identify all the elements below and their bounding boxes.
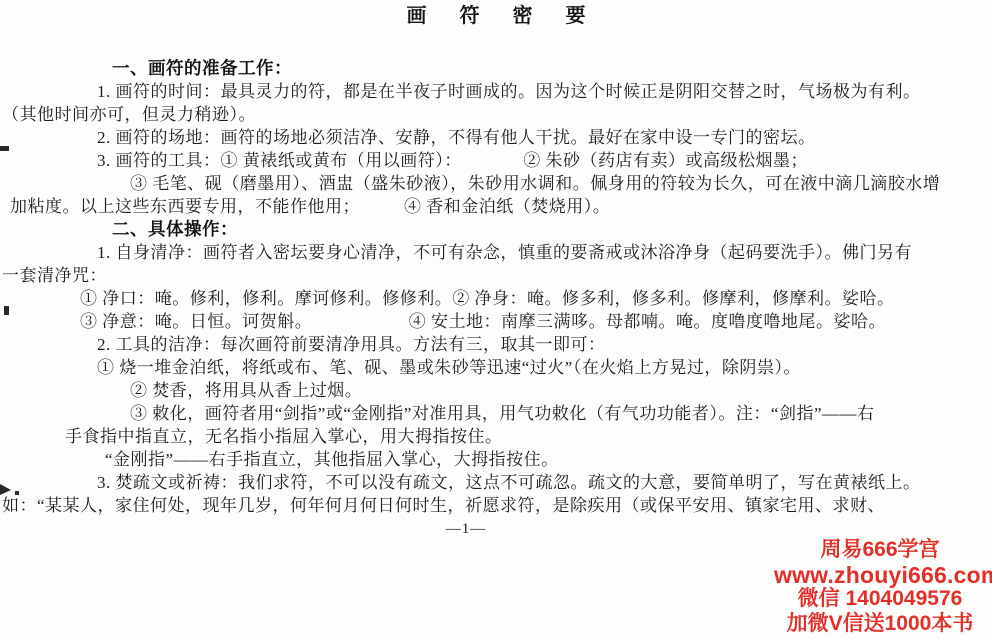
- text-line: ② 焚香，将用具从香上过烟。: [0, 379, 992, 402]
- scan-artifact: [15, 491, 19, 495]
- text-line: ① 烧一堆金泊纸，将纸或布、笔、砚、墨或朱砂等迅速“过火”（在火焰上方晃过，除阴…: [0, 356, 992, 379]
- watermark-promo: 加微V信送1000本书: [774, 612, 986, 637]
- text-line: 2. 工具的洁净：每次画符前要清净用具。方法有三，取其一即可：: [0, 333, 992, 356]
- body-text: 一、画符的准备工作： 1. 画符的时间：最具灵力的符，都是在半夜子时画成的。因为…: [0, 57, 992, 517]
- scan-artifact: [0, 146, 9, 151]
- mantra-line: ③ 净意：唵。日恒。诃贺斛。 ④ 安土地：南摩三满哆。母都喃。唵。度噜度噜地尾。…: [0, 310, 992, 333]
- section-heading-2: 二、具体操作：: [0, 218, 992, 241]
- text-line: 如：“某某人，家住何处，现年几岁，何年何月何日何时生，祈愿求符，是除疾用（或保平…: [0, 494, 992, 517]
- mantra-line: ① 净口：唵。修利，修利。摩诃修利。修修利。② 净身：唵。修多利，修多利。修摩利…: [0, 287, 992, 310]
- text-line: ③ 敕化，画符者用“剑指”或“金刚指”对准用具，用气功敕化（有气功功能者）。注：…: [0, 402, 992, 425]
- text-line: 手食指中指直立，无名指小指屈入掌心，用大拇指按住。: [0, 425, 992, 448]
- text-line: 一套清净咒：: [0, 264, 992, 287]
- scanned-document-page: 画符密要 一、画符的准备工作： 1. 画符的时间：最具灵力的符，都是在半夜子时画…: [0, 0, 992, 638]
- text-line: “金刚指”——右手指直立，其他指屈入掌心，大拇指按住。: [0, 448, 992, 471]
- text-line: 2. 画符的场地：画符的场地必须洁净、安静，不得有他人干扰。最好在家中设一专门的…: [0, 126, 992, 149]
- section-heading-1: 一、画符的准备工作：: [0, 57, 992, 80]
- text-line: 加粘度。以上这些东西要专用，不能作他用； ④ 香和金泊纸（焚烧用）。: [0, 195, 992, 218]
- watermark-site-name: 周易666学宫: [774, 538, 986, 563]
- page-number: —1—: [0, 521, 932, 538]
- watermark-wechat-id: 微信 1404049576: [774, 587, 986, 612]
- page-title: 画符密要: [0, 0, 992, 29]
- text-line: 3. 焚疏文或祈祷：我们求符，不可以没有疏文，这点不可疏忽。疏文的大意，要简单明…: [0, 471, 992, 494]
- text-line: （其他时间亦可，但灵力稍逊）。: [0, 103, 992, 126]
- text-line: 1. 自身清净：画符者入密坛要身心清净，不可有杂念，慎重的要斋戒或沐浴净身（起码…: [0, 241, 992, 264]
- watermark: 周易666学宫 www.zhouyi666.com 微信 1404049576 …: [774, 538, 986, 636]
- text-line: 1. 画符的时间：最具灵力的符，都是在半夜子时画成的。因为这个时候正是阴阳交替之…: [0, 80, 992, 103]
- watermark-url: www.zhouyi666.com: [774, 563, 986, 588]
- scan-artifact: [4, 306, 9, 315]
- text-line: ③ 毛笔、砚（磨墨用）、酒盅（盛朱砂液），朱砂用水调和。佩身用的符较为长久，可在…: [0, 172, 992, 195]
- text-line: 3. 画符的工具：① 黄裱纸或黄布（用以画符）： ② 朱砂（药店有卖）或高级松烟…: [0, 149, 992, 172]
